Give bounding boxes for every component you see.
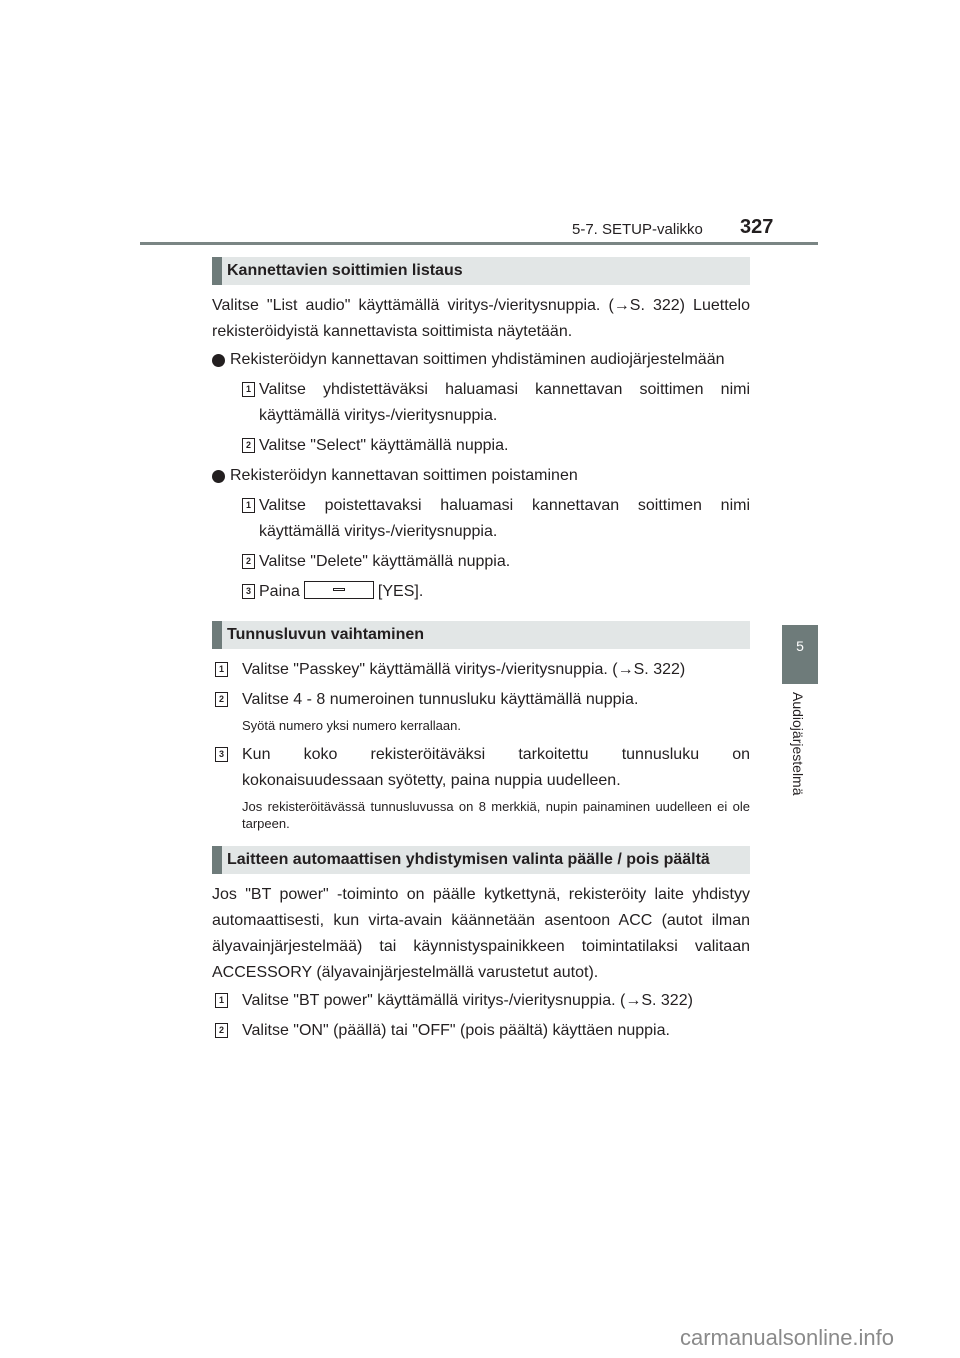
step-note: Jos rekisteröitävässä tunnusluvussa on 8… <box>212 798 750 832</box>
section-intro: Jos "BT power" -toiminto on päälle kytke… <box>212 882 750 986</box>
hang-up-button-icon <box>304 581 374 599</box>
watermark: carmanualsonline.info <box>680 1325 894 1351</box>
step-item: 1Valitse "Passkey" käyttämällä viritys-/… <box>212 657 750 683</box>
section-heading: Tunnusluvun vaihtaminen <box>212 621 750 649</box>
step-note: Syötä numero yksi numero kerrallaan. <box>212 717 750 734</box>
step-number-icon: 3 <box>242 584 255 599</box>
section-title: 5-7. SETUP-valikko <box>572 221 703 238</box>
step-item: 2Valitse "Select" käyttämällä nuppia. <box>212 433 750 459</box>
step-item: 3Paina[YES]. <box>212 579 750 605</box>
step-number-icon: 1 <box>242 382 255 397</box>
page-number: 327 <box>740 216 773 239</box>
step-number-icon: 2 <box>242 554 255 569</box>
step-number-icon: 3 <box>215 747 228 762</box>
bullet-icon <box>212 470 225 483</box>
header-rule <box>140 242 818 245</box>
step-item: 1Valitse yhdistettäväksi haluamasi kanne… <box>212 377 750 429</box>
section-intro: Valitse "List audio" käyttämällä viritys… <box>212 293 750 345</box>
section-heading: Kannettavien soittimien listaus <box>212 257 750 285</box>
chapter-tab[interactable]: 5 <box>782 625 818 684</box>
step-number-icon: 1 <box>215 993 228 1008</box>
bullet-item: Rekisteröidyn kannettavan soittimen yhdi… <box>212 347 750 373</box>
bullet-icon <box>212 354 225 367</box>
step-number-icon: 1 <box>215 662 228 677</box>
step-item: 2Valitse 4 - 8 numeroinen tunnusluku käy… <box>212 687 750 713</box>
page-content: Kannettavien soittimien listaus Valitse … <box>212 257 750 1048</box>
step-item: 3Kun koko rekisteröitäväksi tarkoitettu … <box>212 742 750 794</box>
chapter-label: Audiojärjestelmä <box>790 692 806 796</box>
step-item: 1Valitse poistettavaksi haluamasi kannet… <box>212 493 750 545</box>
step-number-icon: 2 <box>242 438 255 453</box>
step-number-icon: 1 <box>242 498 255 513</box>
step-item: 2Valitse "ON" (päällä) tai "OFF" (pois p… <box>212 1018 750 1044</box>
step-number-icon: 2 <box>215 692 228 707</box>
section-heading: Laitteen automaattisen yhdistymisen vali… <box>212 846 750 874</box>
step-number-icon: 2 <box>215 1023 228 1038</box>
step-item: 1Valitse "BT power" käyttämällä viritys-… <box>212 988 750 1014</box>
step-item: 2Valitse "Delete" käyttämällä nuppia. <box>212 549 750 575</box>
bullet-item: Rekisteröidyn kannettavan soittimen pois… <box>212 463 750 489</box>
